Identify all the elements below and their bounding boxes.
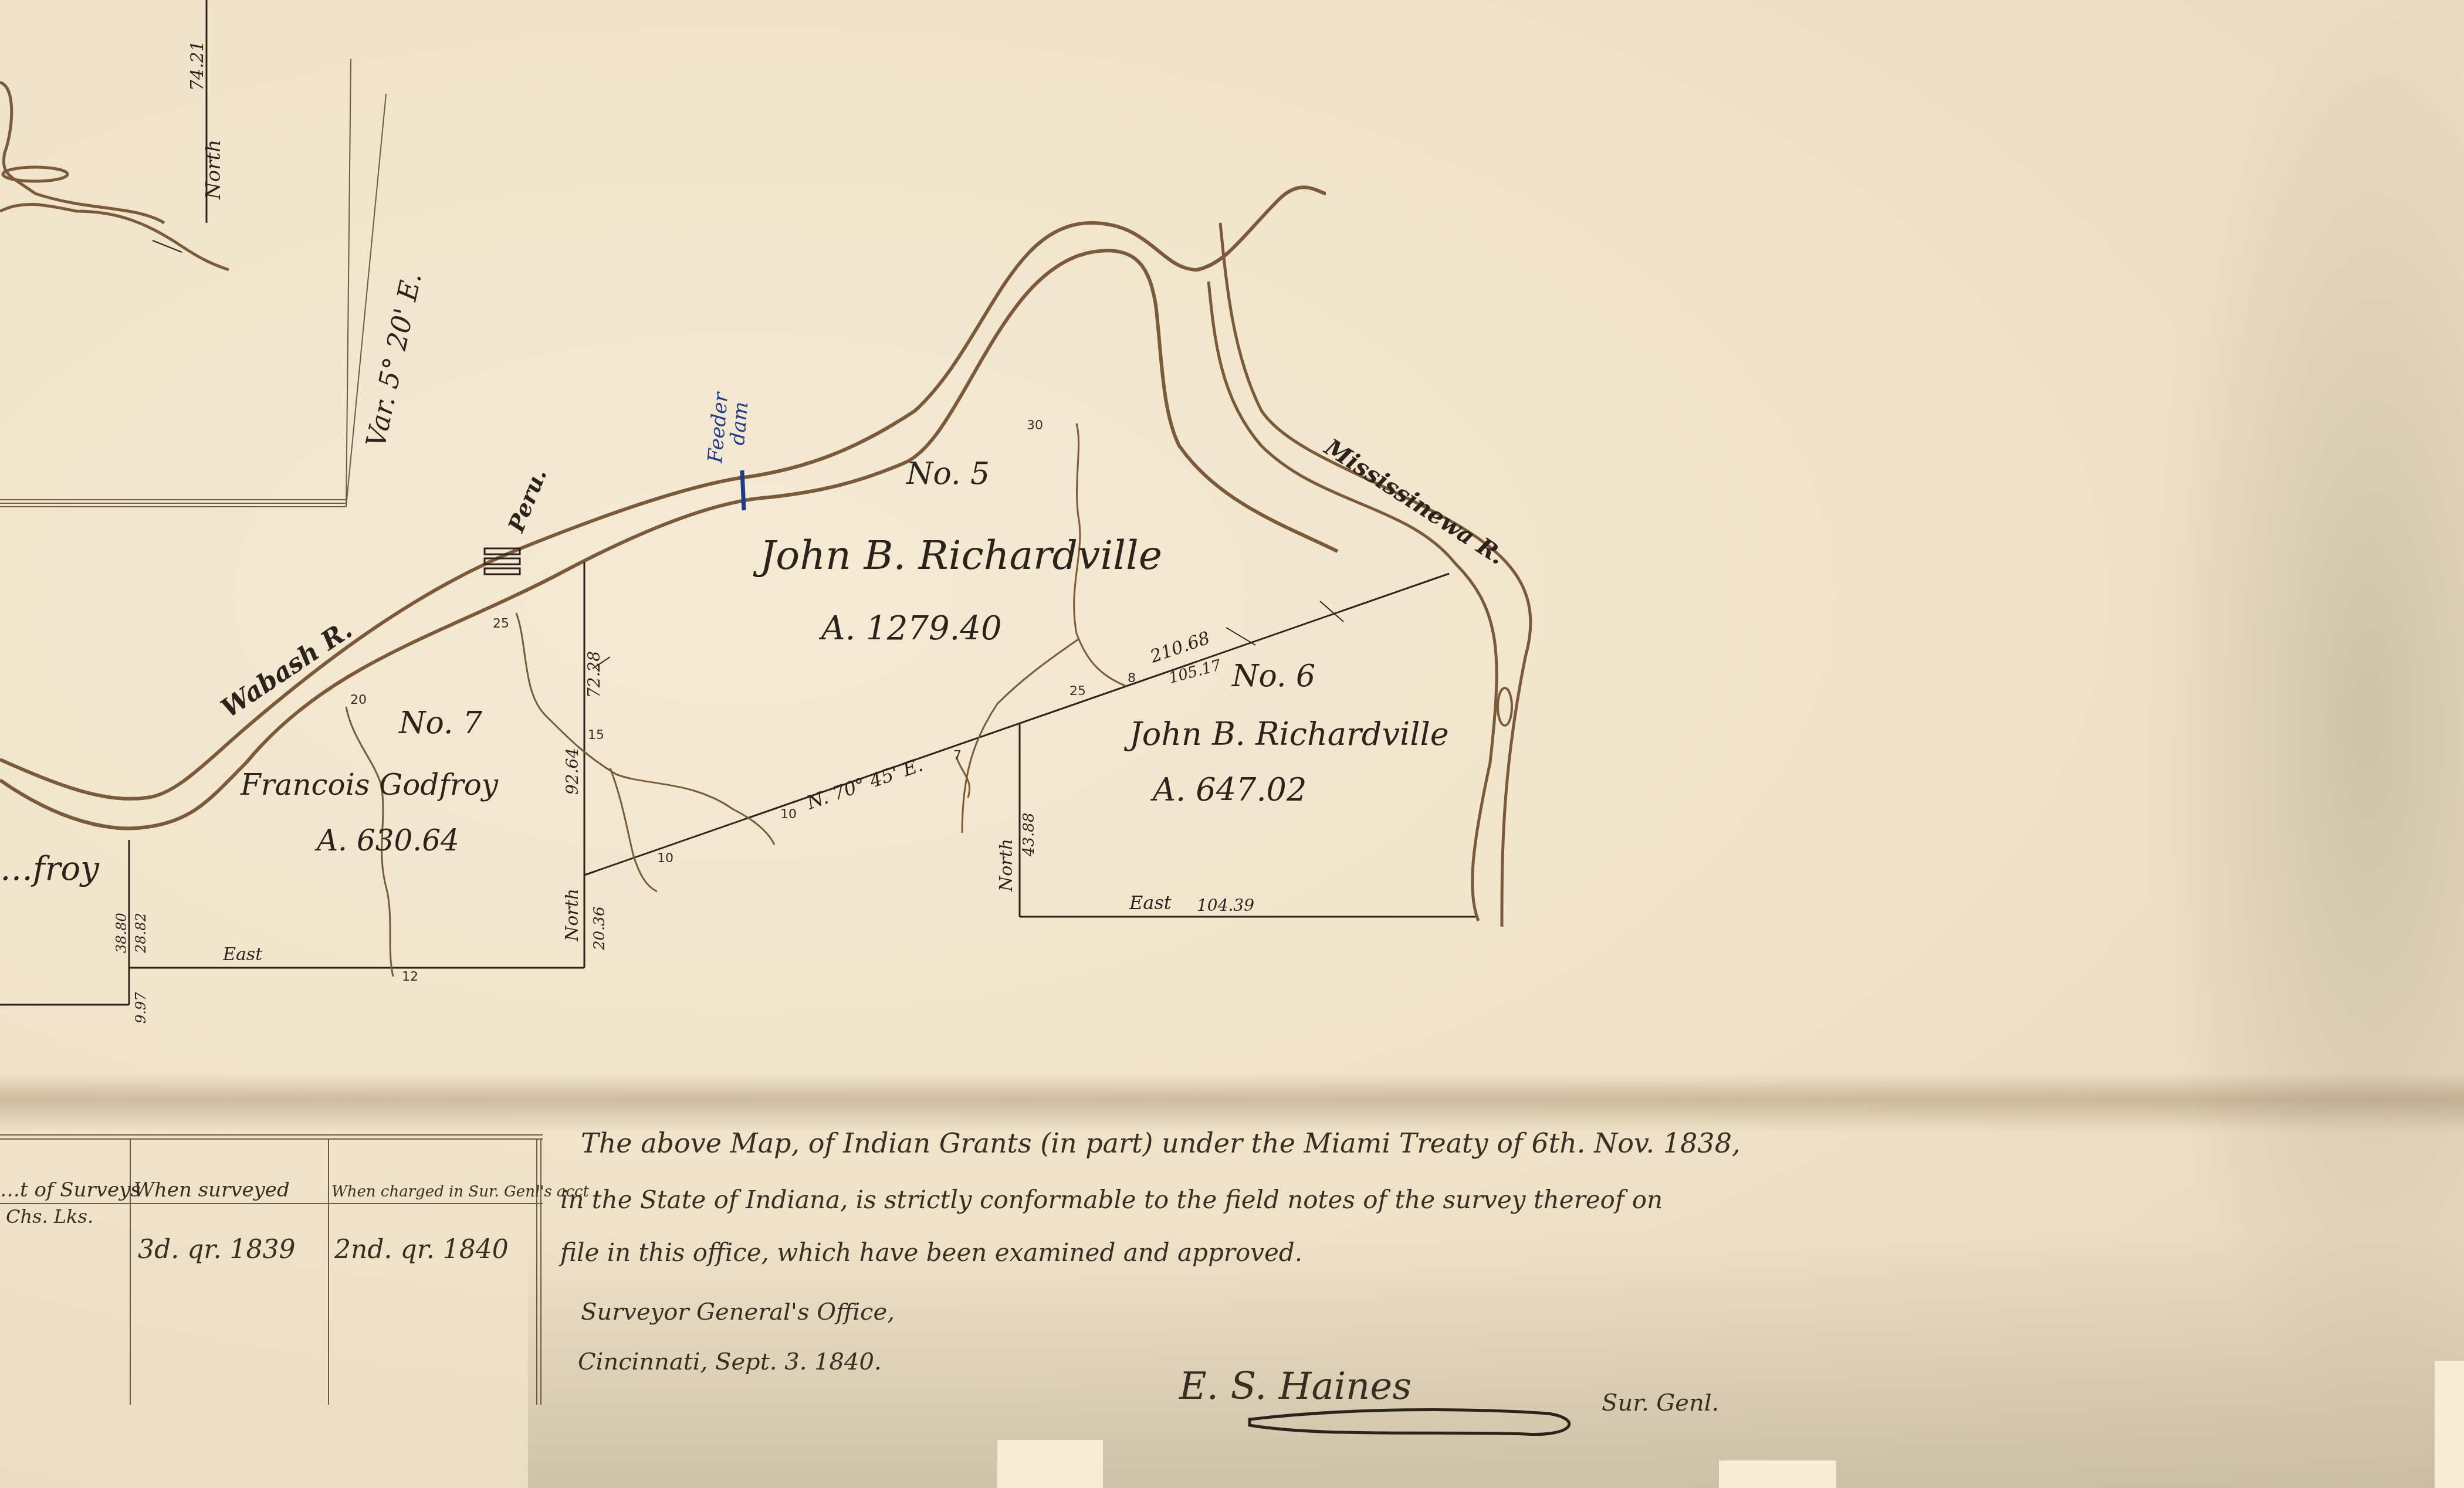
grant-area: A. 630.64	[314, 823, 459, 857]
creek-width: 8	[1128, 671, 1136, 686]
north-label-3: North	[996, 839, 1017, 892]
bearing-label: N. 70° 45' E.	[803, 753, 925, 814]
inset-river	[0, 82, 229, 270]
certification-line-2: in the State of Indiana, is strictly con…	[560, 1185, 1663, 1214]
creeks	[346, 423, 1126, 977]
signature-flourish	[1250, 1409, 1569, 1434]
grant-grantee: Francois Godfroy	[240, 768, 499, 802]
inset-chain-74-21: 74.21	[187, 40, 208, 91]
grant-number: No. 6	[1231, 659, 1315, 694]
creek-width: 12	[402, 970, 418, 984]
creek-width: 10	[780, 807, 797, 822]
creek-width: 15	[588, 728, 604, 743]
surveyor-signature: E. S. Haines	[1179, 1365, 1412, 1408]
chain-92-64: 92.64	[563, 748, 582, 795]
peru-label: Peru.	[502, 465, 551, 536]
survey-table	[0, 1135, 543, 1405]
certification-line-1: The above Map, of Indian Grants (in part…	[581, 1127, 1741, 1159]
east-label-1: East	[1129, 892, 1172, 914]
grant-number: No. 5	[905, 456, 990, 492]
certification-line-3: file in this office, which have been exa…	[559, 1238, 1302, 1267]
creek-width: 7	[953, 748, 962, 763]
creek-width: 10	[657, 851, 673, 866]
office-line: Surveyor General's Office,	[581, 1299, 895, 1326]
table-header-when-surveyed: When surveyed	[134, 1178, 290, 1202]
chain-105-17: 105.17	[1167, 656, 1223, 687]
dam-label: dam	[726, 401, 753, 446]
grant-area: A. 647.02	[1150, 771, 1307, 808]
chain-72-28: 72.28	[584, 651, 604, 698]
chain-38-80: 38.80	[113, 913, 130, 953]
inset-frame	[0, 59, 386, 507]
table-header-extent: …t of Surveys	[0, 1178, 141, 1202]
mississinewa-river	[1209, 223, 1531, 927]
grant-partial-godfroy: …froy	[0, 850, 100, 888]
north-label-2: North	[562, 889, 583, 942]
surveyor-title: Sur. Genl.	[1602, 1389, 1719, 1416]
grant-grantee: John B. Richardville	[1123, 716, 1449, 753]
creek-width: 30	[1027, 418, 1043, 433]
east-label-2: East	[222, 944, 263, 965]
torn-edge	[1719, 1460, 1836, 1488]
grant-grantee: John B. Richardville	[753, 533, 1162, 579]
chain-28-82: 28.82	[133, 913, 149, 954]
creek-width: 25	[1069, 684, 1086, 699]
table-cell-extent: Chs. Lks.	[6, 1205, 93, 1228]
torn-edge	[2435, 1361, 2464, 1488]
creek-width: 20	[350, 693, 367, 707]
mississinewa-label: Mississinewa R.	[1319, 433, 1510, 570]
survey-map: North 74.21 Var. 5° 20' E. Feeder dam Pe…	[0, 0, 2464, 1488]
chain-9-97: 9.97	[133, 992, 149, 1023]
grant-area: A. 1279.40	[818, 609, 1002, 648]
inset-north-label: North	[202, 140, 225, 200]
chain-20-36: 20.36	[591, 907, 608, 951]
improvement-marks	[153, 240, 1343, 669]
table-header-when-charged: When charged in Sur. Genl's acct	[331, 1183, 590, 1201]
table-cell-when-surveyed: 3d. qr. 1839	[138, 1235, 295, 1265]
chain-43-88: 43.88	[1020, 813, 1038, 857]
chain-104-39: 104.39	[1197, 896, 1254, 915]
grant-number: No. 7	[398, 706, 483, 741]
wabash-label: Wabash R.	[216, 615, 358, 724]
feeder-dam-mark	[742, 470, 744, 510]
grant-no-5: No. 5 John B. Richardville A. 1279.40	[753, 456, 1162, 648]
creek-width: 25	[493, 616, 509, 631]
variation-note: Var. 5° 20' E.	[360, 269, 428, 450]
table-cell-when-charged: 2nd. qr. 1840	[334, 1235, 509, 1265]
place-date-line: Cincinnati, Sept. 3. 1840.	[578, 1348, 882, 1375]
torn-edge	[997, 1440, 1103, 1488]
